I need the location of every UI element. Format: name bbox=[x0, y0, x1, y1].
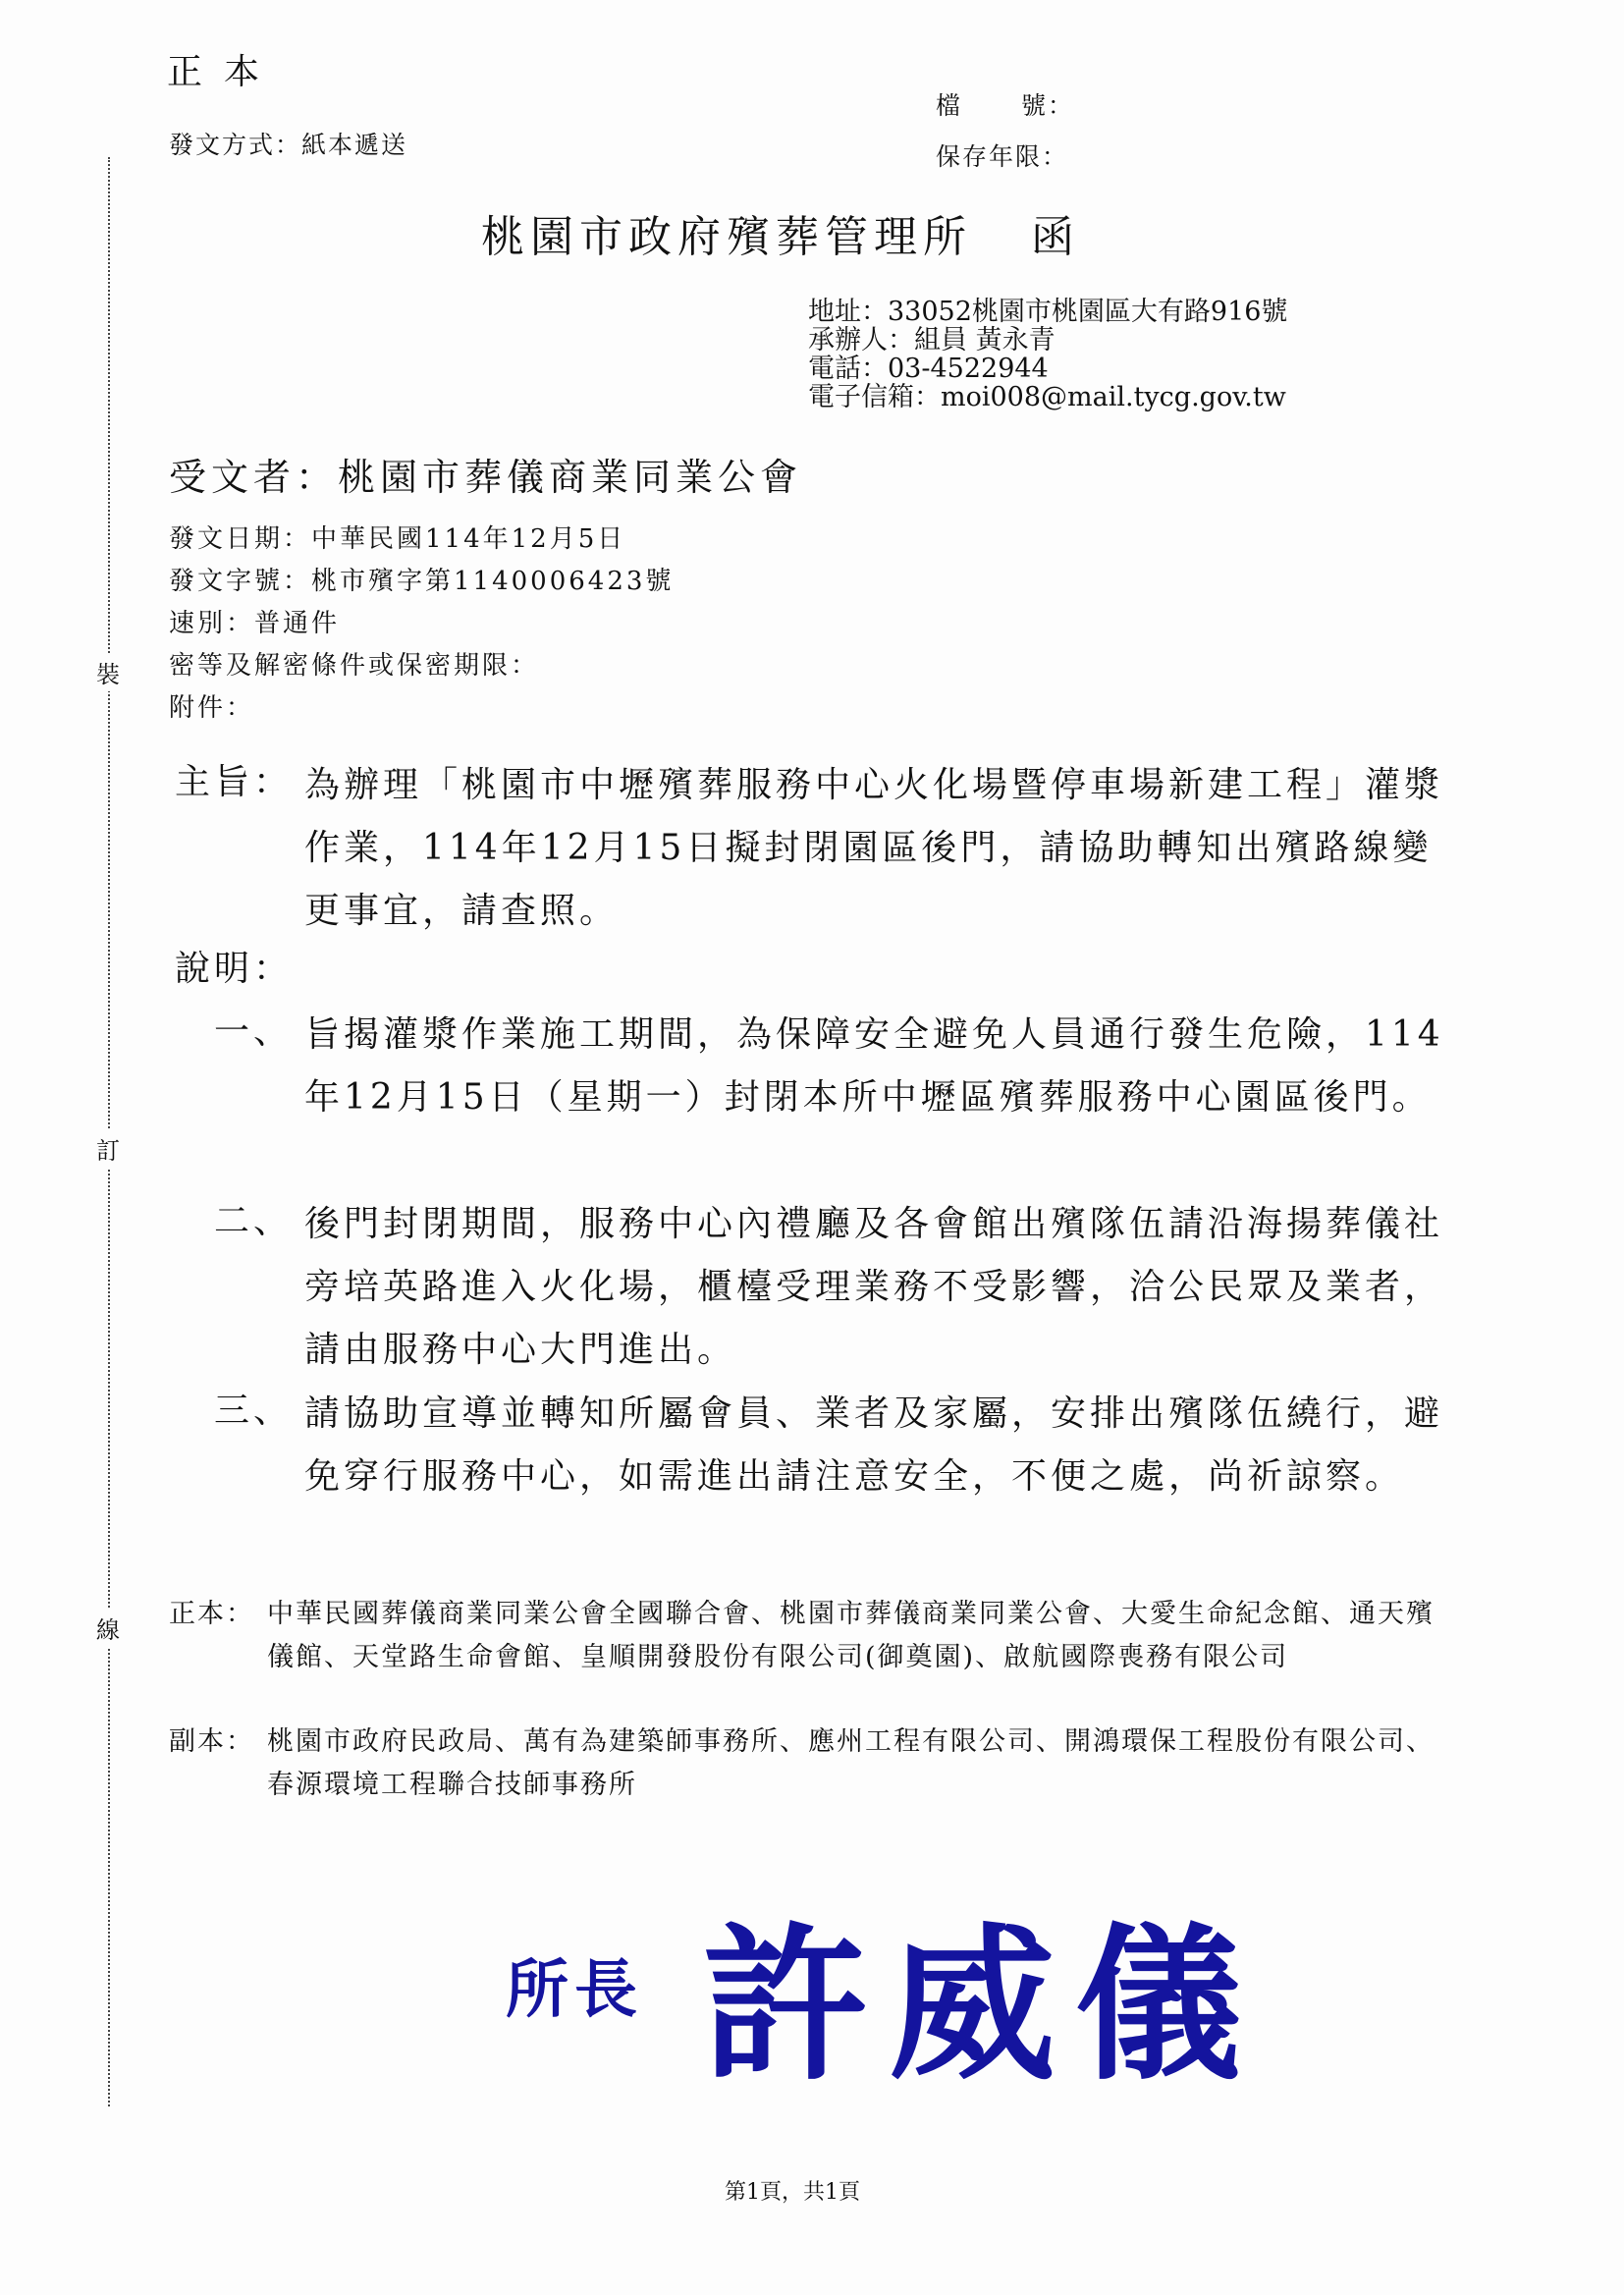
original-recipients-label: 正本： bbox=[169, 1593, 254, 1636]
item-text-3: 請協助宣導並轉知所屬會員、業者及家屬，安排出殯隊伍繞行，避免穿行服務中心，如需進… bbox=[304, 1383, 1463, 1508]
confidentiality: 密等及解密條件或保密期限： bbox=[169, 645, 539, 682]
signatory-title: 所長 bbox=[506, 1940, 643, 2030]
binding-mark-zhuang: 裝 bbox=[96, 653, 120, 691]
signatory-name-stamp: 許威儀 bbox=[702, 1871, 1262, 2111]
contact-block: 地址：33052桃園市桃園區大有路916號 承辦人：組員 黃永青 電話：03-4… bbox=[808, 298, 1287, 411]
agency-name: 桃園市政府殯葬管理所 bbox=[481, 212, 972, 262]
document-title: 桃園市政府殯葬管理所函 bbox=[481, 201, 1080, 264]
subject-body: 為辦理「桃園市中壢殯葬服務中心火化場暨停車場新建工程」灌漿作業，114年12月1… bbox=[304, 754, 1463, 943]
recipient: 受文者：桃園市葬儀商業同業公會 bbox=[169, 447, 802, 501]
copy-recipients: 桃園市政府民政局、萬有為建築師事務所、應州工程有限公司、開鴻環保工程股份有限公司… bbox=[267, 1721, 1455, 1807]
item-number-3: 三、 bbox=[214, 1383, 293, 1433]
copy-recipients-label: 副本： bbox=[169, 1721, 254, 1764]
retention-label: 保存年限： bbox=[936, 137, 1068, 173]
send-method: 發文方式：紙本遞送 bbox=[169, 126, 407, 161]
contact-handler: 承辦人：組員 黃永青 bbox=[808, 326, 1287, 355]
item-text-2: 後門封閉期間，服務中心內禮廳及各會館出殯隊伍請沿海揚葬儀社旁培英路進入火化場，櫃… bbox=[304, 1193, 1463, 1382]
doc-number: 發文字號：桃市殯字第1140006423號 bbox=[169, 561, 674, 597]
contact-address: 地址：33052桃園市桃園區大有路916號 bbox=[808, 298, 1287, 326]
attachments: 附件： bbox=[169, 687, 254, 724]
binding-mark-ding: 訂 bbox=[96, 1129, 120, 1168]
subject-label: 主旨： bbox=[175, 754, 293, 804]
item-text-1: 旨揭灌漿作業施工期間，為保障安全避免人員通行發生危險，114年12月15日（星期… bbox=[304, 1004, 1463, 1129]
original-recipients: 中華民國葬儀商業同業公會全國聯合會、桃園市葬儀商業同業公會、大愛生命紀念館、通天… bbox=[267, 1593, 1455, 1679]
item-number-2: 二、 bbox=[214, 1193, 293, 1243]
urgency: 速別：普通件 bbox=[169, 603, 340, 639]
copy-type: 正本 bbox=[167, 44, 281, 94]
explanation-label: 說明： bbox=[175, 941, 293, 991]
doc-type: 函 bbox=[1031, 212, 1080, 262]
archive-number-label: 檔號： bbox=[936, 86, 1074, 122]
archive-label-1: 檔 bbox=[936, 91, 962, 120]
page-number: 第1頁，共1頁 bbox=[725, 2175, 860, 2206]
issue-date: 發文日期：中華民國114年12月5日 bbox=[169, 519, 625, 555]
binding-mark-xian: 線 bbox=[96, 1609, 120, 1647]
contact-phone: 電話：03-4522944 bbox=[808, 355, 1287, 383]
item-number-1: 一、 bbox=[214, 1004, 293, 1054]
contact-email: 電子信箱：moi008@mail.tycg.gov.tw bbox=[808, 383, 1287, 411]
archive-label-2: 號： bbox=[1021, 91, 1074, 120]
